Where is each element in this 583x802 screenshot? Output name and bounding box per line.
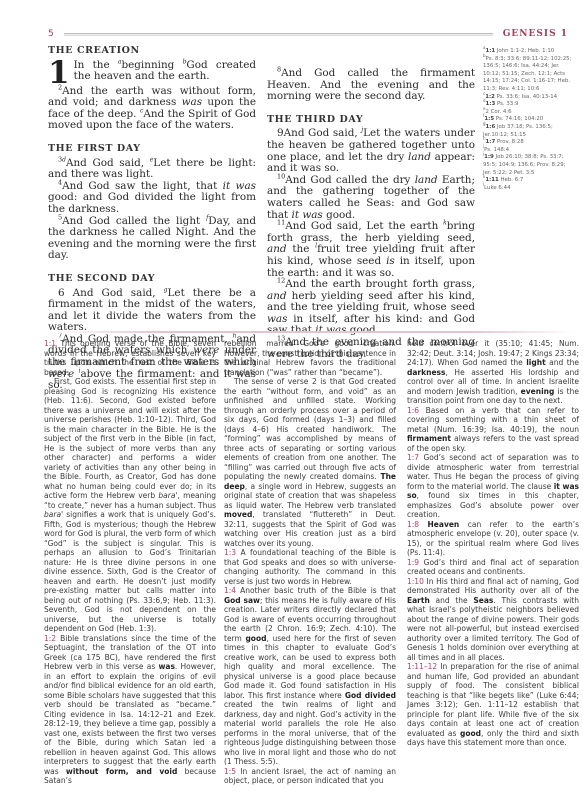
note-1-9: 1:9 God’s third and final act of separat… xyxy=(407,558,579,577)
xref-item[interactable]: j1:9 Job 26:10; 38:8; Ps. 33:7; 95:5; 10… xyxy=(483,154,573,177)
note-1-6: 1:6 Based on a verb that can refer to co… xyxy=(407,406,579,454)
xref-item[interactable]: lLuke 6:44 xyxy=(483,185,573,193)
section-heading: THE SECOND DAY xyxy=(48,273,256,285)
note-ref[interactable]: 1:7 xyxy=(407,453,419,462)
note-1-4: 1:4 Another basic truth of the Bible is … xyxy=(224,586,396,767)
xref-item[interactable]: bPs. 8:3; 33:6; 89:11-12; 102:25; 136:5;… xyxy=(483,56,573,94)
notes-column-2: rebellion marred God’s good creation. Ho… xyxy=(224,339,396,786)
note-1-3: 1:3 A foundational teaching of the Bible… xyxy=(224,548,396,586)
verse-10: 10And God called the dry land Earth; and… xyxy=(267,175,475,221)
note-1-1: 1:1 This opening verse of the Bible, sev… xyxy=(44,339,216,377)
notes-column-1: 1:1 This opening verse of the Bible, sev… xyxy=(44,339,216,786)
note-ref[interactable]: 1:10 xyxy=(407,577,424,586)
section-heading: THE FIRST DAY xyxy=(48,143,256,155)
note-1-10: 1:10 In His third and final act of namin… xyxy=(407,577,579,663)
note-1-8: 1:8 Heaven can refer to the earth’s atmo… xyxy=(407,520,579,558)
xref-item[interactable]: f1:5 Ps. 74:16; 104:20 xyxy=(483,116,573,124)
header-rule xyxy=(64,33,493,36)
note-ref[interactable]: 1:1 xyxy=(44,339,56,348)
note-1-2-cont2: The sense of verse 2 is that God created… xyxy=(224,377,396,548)
section-heading: THE CREATION xyxy=(48,45,256,57)
note-1-5: 1:5 In ancient Israel, the act of naming… xyxy=(224,767,396,786)
chapter-number: 1 xyxy=(48,61,70,86)
note-1-1-cont: First, God exists. The essential first s… xyxy=(44,377,216,634)
page-header: 5 GENESIS 1 xyxy=(48,27,568,41)
page-number: 5 xyxy=(48,29,60,39)
cross-references: a1:1 John 1:1-2; Heb. 1:10 bPs. 8:3; 33:… xyxy=(483,48,573,192)
xref-item[interactable]: d1:3 Ps. 33:9 xyxy=(483,101,573,109)
note-ref[interactable]: 1:2 xyxy=(44,634,56,643)
note-ref[interactable]: 1:8 xyxy=(407,520,419,529)
verse-6: 6 And God said, gLet there be a firmamen… xyxy=(48,288,256,334)
xref-item[interactable]: a1:1 John 1:1-2; Heb. 1:10 xyxy=(483,48,573,56)
verse-11: 11And God said, Let the earth kbring for… xyxy=(267,221,475,279)
note-1-7: 1:7 God’s second act of separation was t… xyxy=(407,453,579,520)
note-ref[interactable]: 1:11–12 xyxy=(407,662,437,671)
verse-2: 2And the earth was without form, and voi… xyxy=(48,86,256,132)
xref-item[interactable]: h1:7 Prov. 8:28 xyxy=(483,139,573,147)
verse-8: 8And God called the firmament Heaven. An… xyxy=(267,68,475,103)
verse-12: 12And the earth brought forth grass, and… xyxy=(267,279,475,337)
note-ref[interactable]: 1:3 xyxy=(224,548,236,557)
verse-9: 9And God said, jLet the waters under the… xyxy=(267,128,475,174)
note-1-5-cont: held control over it (35:10; 41:45; Num.… xyxy=(407,339,579,406)
note-1-2: 1:2 Bible translations since the time of… xyxy=(44,634,216,786)
section-heading: THE THIRD DAY xyxy=(267,114,475,126)
verse-1: 1In the abeginning bGod created the heav… xyxy=(48,60,256,83)
note-ref[interactable]: 1:4 xyxy=(224,586,236,595)
section-divider xyxy=(55,331,575,333)
note-ref[interactable]: 1:9 xyxy=(407,558,419,567)
verse-3: 3dAnd God said, eLet there be light: and… xyxy=(48,158,256,181)
notes-column-3: held control over it (35:10; 41:45; Num.… xyxy=(407,339,579,748)
note-1-11-12: 1:11–12 In preparation for the rise of a… xyxy=(407,662,579,748)
scripture-column-right-flow: 8And God called the firmament Heaven. An… xyxy=(267,45,475,360)
xref-item[interactable]: k1:11 Heb. 6:7 xyxy=(483,177,573,185)
book-chapter-title: GENESIS 1 xyxy=(503,29,568,39)
verse-5: 5And God called the light fDay, and the … xyxy=(48,216,256,262)
note-ref[interactable]: 1:5 xyxy=(224,767,236,776)
verse-4: 4And God saw the light, that it was good… xyxy=(48,181,256,216)
note-1-2-cont: rebellion marred God’s good creation. Ho… xyxy=(224,339,396,377)
note-ref[interactable]: 1:6 xyxy=(407,406,419,415)
xref-item[interactable]: g1:6 Job 37:18; Ps. 136:5; Jer.10:12; 51… xyxy=(483,124,573,139)
